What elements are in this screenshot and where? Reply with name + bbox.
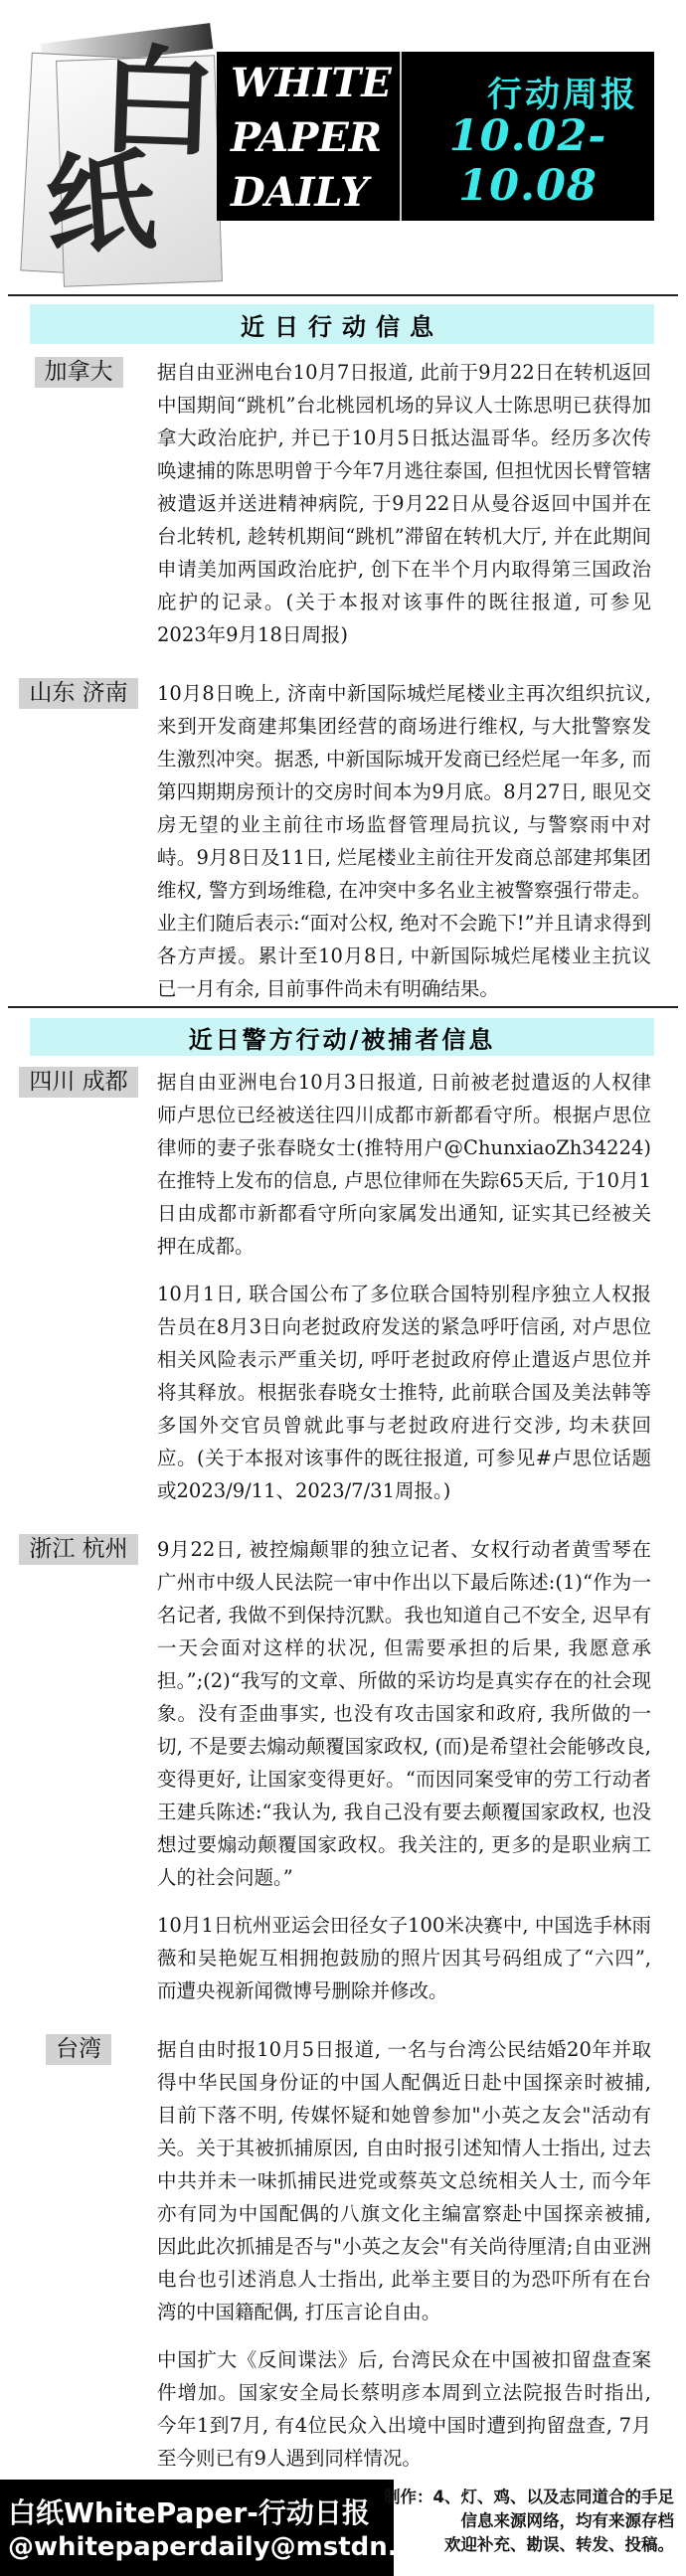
whitepaper-logo: 白 纸: [16, 18, 219, 288]
location-label: 四川 成都: [19, 1067, 137, 1098]
news-paragraph: 10月1日杭州亚运会田径女子100米决赛中, 中国选手林雨薇和吴艳妮互相拥抱鼓励…: [157, 1909, 651, 2007]
footer-credit-line: 信息来源网络，均有来源存档: [376, 2509, 674, 2533]
news-paragraph: 据自由亚洲电台10月3日报道, 日前被老挝遣返的人权律师卢思位已经被送往四川成都…: [157, 1066, 651, 1263]
location-label: 台湾: [46, 2034, 111, 2065]
news-paragraph: 10月1日, 联合国公布了多位联合国特别程序独立人权报告员在8月3日向老挝政府发…: [157, 1278, 651, 1507]
masthead-title-line1: WHITE: [231, 56, 400, 110]
masthead-title-line2: PAPER: [231, 110, 400, 165]
logo-character-zhi: 纸: [42, 145, 158, 261]
section-divider-rule: [8, 1006, 678, 1008]
news-item-zhejiang-hangzhou: 浙江 杭州 9月22日, 被控煽颠罪的独立记者、女权行动者黄雪琴在广州市中级人民…: [0, 1533, 686, 2007]
location-label: 浙江 杭州: [19, 1534, 137, 1565]
news-paragraph: 9月22日, 被控煽颠罪的独立记者、女权行动者黄雪琴在广州市中级人民法院一审中作…: [157, 1533, 651, 1894]
masthead-edition: 行动周报 10.02-10.08: [402, 52, 654, 221]
location-label: 加拿大: [35, 357, 123, 388]
footer-credit-line: 制作：4、灯、鸡、以及志同道合的手足: [376, 2486, 674, 2509]
masthead: WHITE PAPER DAILY 行动周报 10.02-10.08: [217, 52, 654, 221]
masthead-title-line3: DAILY: [231, 165, 400, 220]
news-item-taiwan: 台湾 据自由时报10月5日报道, 一名与台湾公民结婚20年并取得中华民国身份证的…: [0, 2033, 686, 2475]
footer-brand-box: 白纸WhitePaper-行动日报 @whitepaperdaily@mstdn…: [0, 2480, 394, 2576]
news-item-shandong-jinan: 山东 济南 10月8日晚上, 济南中新国际城烂尾楼业主再次组织抗议, 来到开发商…: [0, 677, 686, 1005]
section-police-content: 四川 成都 据自由亚洲电台10月3日报道, 日前被老挝遣返的人权律师卢思位已经被…: [0, 1066, 686, 2500]
section-actions-content: 加拿大 据自由亚洲电台10月7日报道, 此前于9月22日在转机返回中国期间“跳机…: [0, 356, 686, 1031]
section-heading-text: 近日行动信息: [241, 307, 443, 342]
section-heading-police: 近日警方行动/被捕者信息: [30, 1018, 654, 1056]
news-paragraph: 10月8日晚上, 济南中新国际城烂尾楼业主再次组织抗议, 来到开发商建邦集团经营…: [157, 677, 651, 1005]
edition-date-range: 10.02-10.08: [406, 111, 650, 211]
footer-credits: 制作：4、灯、鸡、以及志同道合的手足 信息来源网络，均有来源存档 欢迎补充、勘误…: [376, 2486, 674, 2557]
masthead-title: WHITE PAPER DAILY: [217, 52, 402, 221]
section-divider-rule: [8, 294, 678, 296]
news-item-sichuan-chengdu: 四川 成都 据自由亚洲电台10月3日报道, 日前被老挝遣返的人权律师卢思位已经被…: [0, 1066, 686, 1507]
newsletter-page: 白 纸 WHITE PAPER DAILY 行动周报 10.02-10.08 近…: [0, 0, 686, 2576]
news-paragraph: 据自由时报10月5日报道, 一名与台湾公民结婚20年并取得中华民国身份证的中国人…: [157, 2033, 651, 2328]
news-item-canada: 加拿大 据自由亚洲电台10月7日报道, 此前于9月22日在转机返回中国期间“跳机…: [0, 356, 686, 651]
edition-title: 行动周报: [487, 68, 638, 117]
news-paragraph: 据自由亚洲电台10月7日报道, 此前于9月22日在转机返回中国期间“跳机”台北桃…: [157, 356, 651, 651]
location-label: 山东 济南: [19, 678, 137, 709]
section-heading-actions: 近日行动信息: [30, 304, 654, 344]
footer-credit-line: 欢迎补充、勘误、转发、投稿。: [376, 2533, 674, 2557]
section-heading-text: 近日警方行动/被捕者信息: [189, 1020, 496, 1055]
news-paragraph: 中国扩大《反间谍法》后, 台湾民众在中国被扣留盘查案件增加。国家安全局长蔡明彦本…: [157, 2343, 651, 2475]
footer-mastodon-handle: @whitepaperdaily@mstdn.social: [8, 2530, 394, 2565]
footer-brand-name: 白纸WhitePaper-行动日报: [8, 2495, 394, 2530]
